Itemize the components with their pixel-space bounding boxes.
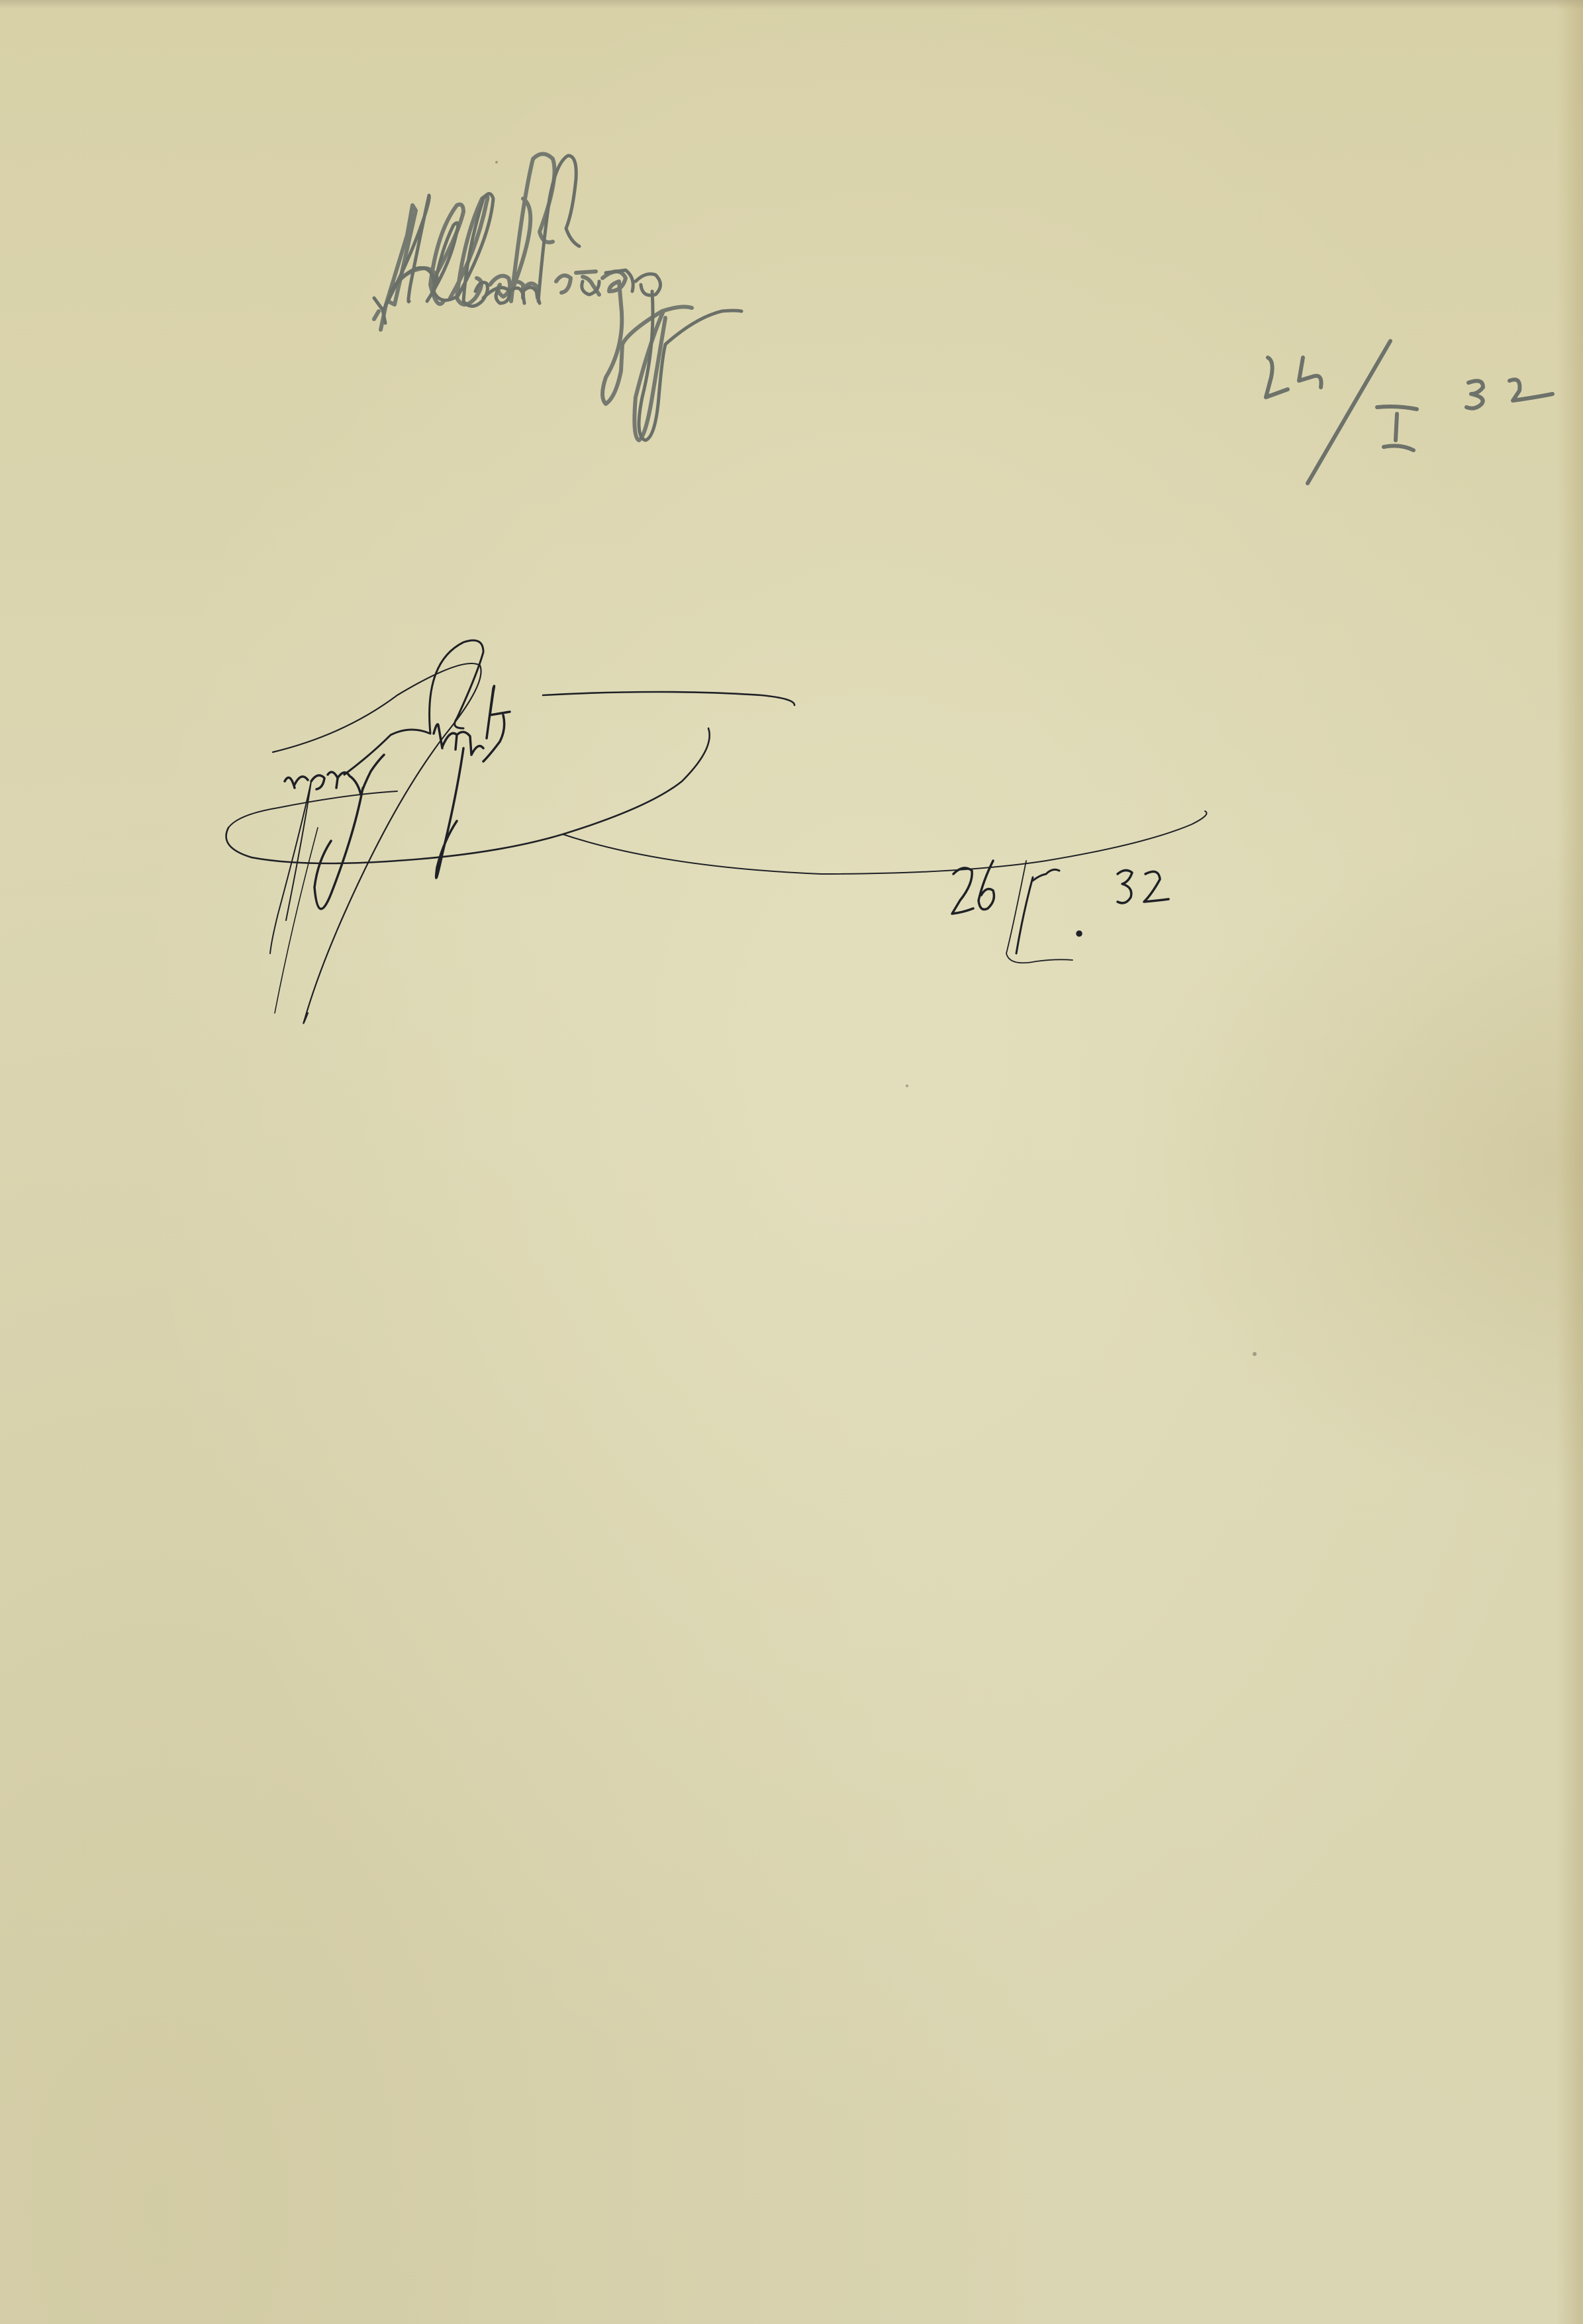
berg-date-strokes (1266, 341, 1553, 483)
autograph-page: Alban Berg 24/I 32 Franz Schütz 26/I. 32 (0, 0, 1583, 2324)
schuetz-signature-strokes (226, 640, 1207, 1023)
handwriting-layer (0, 0, 1583, 2324)
paper-specks (495, 161, 1257, 1356)
berg-signature-main (374, 156, 742, 440)
schuetz-date-strokes (952, 861, 1169, 963)
berg-signature-strokes (374, 154, 692, 441)
